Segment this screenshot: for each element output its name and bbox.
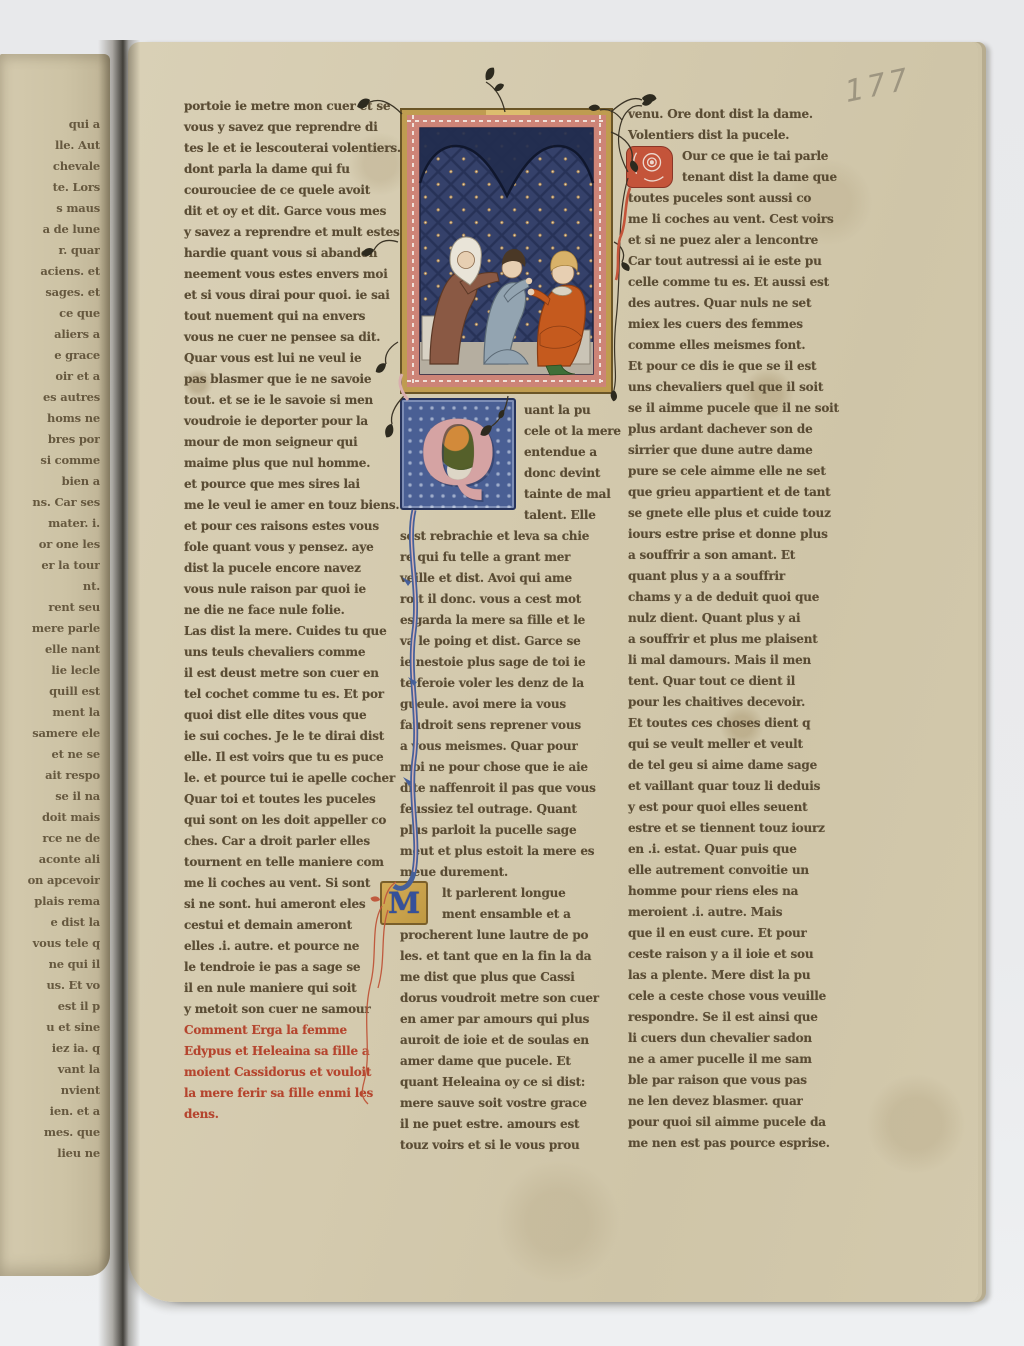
text-line: uns teuls chevaliers comme (184, 642, 406, 663)
text-line: neement vous estes envers moi (184, 264, 406, 285)
text-line: tainte de mal (524, 484, 621, 505)
text-line: dist la pucele encore navez (184, 558, 406, 579)
text-column-right: venu. Ore dont dist la dame.Volentiers d… (628, 104, 918, 1154)
text-line: vous nule raison par quoi ie (184, 579, 406, 600)
text-line: toutes puceles sont aussi co (628, 188, 918, 209)
text-line: talent. Elle (524, 505, 621, 526)
text-line: li cuers dun chevalier sadon (628, 1028, 918, 1049)
lines-after-p: toutes puceles sont aussi come li coches… (628, 188, 918, 1154)
text-line: et si ne puez aler a lencontre (628, 230, 918, 251)
text-line: en .i. estat. Quar puis que (628, 839, 918, 860)
p-filigree (627, 147, 672, 187)
text-line: plus ardant dachever son de (628, 419, 918, 440)
text-line: a vous meismes. Quar pour (400, 736, 636, 757)
text-line: respondre. Se il est ainsi que (628, 1007, 918, 1028)
text-line: et ne se (0, 744, 100, 765)
text-line: me dist que plus que Cassi (400, 967, 636, 988)
text-line: y metoit son cuer ne samour (184, 999, 406, 1020)
text-line: et vaillant quar touz li deduis (628, 776, 918, 797)
text-line: a de lune (0, 219, 100, 240)
text-line: hardie quant vous si abandon (184, 243, 406, 264)
text-line: Las dist la mere. Cuides tu que (184, 621, 406, 642)
text-line: mater. i. (0, 513, 100, 534)
text-line: cestui et demain ameront (184, 915, 406, 936)
lines-after-m: procherent lune lautre de poles. et tant… (400, 925, 636, 1156)
text-line: te. Lors (0, 177, 100, 198)
text-line: roit il donc. vous a cest mot (400, 589, 636, 610)
text-line: pour les chaitives decevoir. (628, 692, 918, 713)
text-line: se il na (0, 786, 100, 807)
rubric-line: Comment Erga la femme (184, 1020, 406, 1041)
text-line: maime plus que nul homme. (184, 453, 406, 474)
text-line: re qui fu telle a grant mer (400, 547, 636, 568)
text-line: meroient .i. autre. Mais (628, 902, 918, 923)
text-line: er la tour (0, 555, 100, 576)
text-line: a souffrir et plus me plaisent (628, 629, 918, 650)
text-line: s maus (0, 198, 100, 219)
facing-page-edge: qui alle. Autchevalete. Lorss mausa de l… (0, 54, 110, 1276)
text-line: homme pour riens eles na (628, 881, 918, 902)
text-line: le tendroie ie pas a sage se (184, 957, 406, 978)
text-line: va le poing et dist. Garce se (400, 631, 636, 652)
text-line: me li coches au vent. Si sont (184, 873, 406, 894)
text-line: feussiez tel outrage. Quant (400, 799, 636, 820)
text-line: ceste raison y a il ioie et sou (628, 944, 918, 965)
text-line: courouciee de ce quele avoit (184, 180, 406, 201)
rubric-line: dens. (184, 1104, 406, 1125)
text-line: quant Heleaina oy ce si dist: (400, 1072, 636, 1093)
text-line: et pource que mes sires lai (184, 474, 406, 495)
text-line: doit mais (0, 807, 100, 828)
text-line: las a plente. Mere dist la pu (628, 965, 918, 986)
m-letter: M (388, 886, 420, 920)
text-line: elle. Il est voirs que tu es puce (184, 747, 406, 768)
text-line: quoi dist elle dites vous que (184, 705, 406, 726)
text-line: touz voirs et si le vous prou (400, 1135, 636, 1156)
text-line: quant plus y a a souffrir (628, 566, 918, 587)
text-line: samere ele (0, 723, 100, 744)
rubric-line: moient Cassidorus et vouloit (184, 1062, 406, 1083)
text-line: me li coches au vent. Cest voirs (628, 209, 918, 230)
text-line: estre et se tiennent touz iourz (628, 818, 918, 839)
text-line: uant la pu (524, 400, 621, 421)
text-line: lt parlerent longue (442, 883, 636, 904)
text-line: nvient (0, 1080, 100, 1101)
text-line: moi ne pour chose que ie aie (400, 757, 636, 778)
text-line: pure se cele aimme elle ne set (628, 461, 918, 482)
illuminated-initial-m: M (380, 881, 428, 925)
text-line: y savez a reprendre et mult estes (184, 222, 406, 243)
q-letter: Q (402, 400, 514, 506)
folio-number: 177 (844, 56, 933, 111)
text-line: le. et pource tui ie apelle cocher (184, 768, 406, 789)
text-line: procherent lune lautre de po (400, 925, 636, 946)
text-line: faudroit sens reprener vous (400, 715, 636, 736)
rubric-line: Edypus et Heleaina sa fille a (184, 1041, 406, 1062)
text-line: lie lecle (0, 660, 100, 681)
text-line: vous tele q (0, 933, 100, 954)
text-line: aciens. et (0, 261, 100, 282)
text-line: celle comme tu es. Et aussi est (628, 272, 918, 293)
text-line: venu. Ore dont dist la dame. (628, 104, 918, 125)
text-line: veille et dist. Avoi qui ame (400, 568, 636, 589)
text-line: entendue a (524, 442, 621, 463)
text-column-middle: Q uant la pucele ot la mereentendue adon… (400, 398, 636, 1156)
text-line: esgarda la mere sa fille et le (400, 610, 636, 631)
text-line: ches. Car a droit parler elles (184, 831, 406, 852)
text-line: en amer par amours qui plus (400, 1009, 636, 1030)
text-line: on apcevoir (0, 870, 100, 891)
lines-beside-p: Our ce que ie tai parletenant dist la da… (682, 146, 918, 188)
text-line: et pour ces raisons estes vous (184, 516, 406, 537)
text-line: sest rebrachie et leva sa chie (400, 526, 636, 547)
illuminated-initial-q: Q (400, 398, 516, 510)
text-line: tout. et se ie le savoie si men (184, 390, 406, 411)
text-line: sages. et (0, 282, 100, 303)
text-line: tenant dist la dame que (682, 167, 918, 188)
text-line: Et pour ce dis ie que se il est (628, 356, 918, 377)
text-line: chevale (0, 156, 100, 177)
text-line: or one les (0, 534, 100, 555)
left-column-lines: portoie ie metre mon cuer et sevous y sa… (184, 96, 406, 1020)
text-line: Our ce que ie tai parle (682, 146, 918, 167)
text-line: Quar vous est lui ne veul ie (184, 348, 406, 369)
text-line: oir et a (0, 366, 100, 387)
text-line: ne die ne face nule folie. (184, 600, 406, 621)
text-line: mere sauve soit vostre grace (400, 1093, 636, 1114)
text-line: plus parloit la pucelle sage (400, 820, 636, 841)
text-line: iours estre prise et donne plus (628, 524, 918, 545)
text-line: il en nule maniere qui soit (184, 978, 406, 999)
text-line: meue durement. (400, 862, 636, 883)
text-line: ce que (0, 303, 100, 324)
text-line: mere parle (0, 618, 100, 639)
text-line: tes le et ie lescouterai volentiers. (184, 138, 406, 159)
text-line: si comme (0, 450, 100, 471)
text-line: aconte ali (0, 849, 100, 870)
text-line: es autres (0, 387, 100, 408)
text-line: est il p (0, 996, 100, 1017)
text-line: uns chevaliers quel que il soit (628, 377, 918, 398)
text-line: plais rema (0, 891, 100, 912)
text-line: mes. que (0, 1122, 100, 1143)
text-line: li mal damours. Mais il men (628, 650, 918, 671)
text-line: elle nant (0, 639, 100, 660)
text-line: qui a (0, 114, 100, 135)
text-line: tent. Quar tout ce dient il (628, 671, 918, 692)
text-line: nt. (0, 576, 100, 597)
text-column-left: portoie ie metre mon cuer et sevous y sa… (184, 96, 406, 1125)
text-line: que il en eust cure. Et pour (628, 923, 918, 944)
text-line: u et sine (0, 1017, 100, 1038)
text-line: ns. Car ses (0, 492, 100, 513)
text-line: de tel geu si aime dame sage (628, 755, 918, 776)
text-line: dite naffenroit il pas que vous (400, 778, 636, 799)
text-line: ne a amer pucelle il me sam (628, 1049, 918, 1070)
lines-after-q: sest rebrachie et leva sa chiere qui fu … (400, 526, 636, 883)
text-line: Quar toi et toutes les puceles (184, 789, 406, 810)
text-line: lieu ne (0, 1143, 100, 1164)
text-line: cele a ceste chose vous veuille (628, 986, 918, 1007)
text-line: bres por (0, 429, 100, 450)
miniature-illustration (400, 108, 613, 394)
text-line: r. quar (0, 240, 100, 261)
text-line: iez ia. q (0, 1038, 100, 1059)
text-line: Car tout autressi ai ie este pu (628, 251, 918, 272)
text-line: des autres. Quar nuls ne set (628, 293, 918, 314)
text-line: ie sui coches. Je le te dirai dist (184, 726, 406, 747)
text-line: les. et tant que en la fin la da (400, 946, 636, 967)
text-line: dit et oy et dit. Garce vous mes (184, 201, 406, 222)
text-line: fole quant vous y pensez. aye (184, 537, 406, 558)
text-line: donc devint (524, 463, 621, 484)
text-line: voudroie ie deporter pour la (184, 411, 406, 432)
text-line: que grieu appartient et de tant (628, 482, 918, 503)
lines-beside-m: lt parlerent longuement ensamble et a (442, 883, 636, 925)
text-line: lle. Aut (0, 135, 100, 156)
text-line: vous ne cuer ne pensee sa dit. (184, 327, 406, 348)
text-line: ien. et a (0, 1101, 100, 1122)
text-line: pas blasmer que ie ne savoie (184, 369, 406, 390)
text-line: rce ne de (0, 828, 100, 849)
text-line: si ne sont. hui ameront eles (184, 894, 406, 915)
text-line: miex les cuers des femmes (628, 314, 918, 335)
text-line: meut et plus estoit la mere es (400, 841, 636, 862)
text-line: elle autrement convoitie un (628, 860, 918, 881)
text-line: me le veul ie amer en touz biens. (184, 495, 406, 516)
text-line: qui sont on les doit appeller co (184, 810, 406, 831)
text-line: gueule. avoi mere ia vous (400, 694, 636, 715)
manuscript-page: 177 portoie ie metre mon cuer et sevous … (128, 42, 978, 1302)
text-line: nulz dient. Quant plus y ai (628, 608, 918, 629)
text-line: e dist la (0, 912, 100, 933)
text-line: tel cochet comme tu es. Et por (184, 684, 406, 705)
text-line: tournent en telle maniere com (184, 852, 406, 873)
text-line: auroit de ioie et de soulas en (400, 1030, 636, 1051)
text-line: vous y savez que reprendre di (184, 117, 406, 138)
text-line: qui se veult meller et veult (628, 734, 918, 755)
text-line: homs ne (0, 408, 100, 429)
text-line: te feroie voler les denz de la (400, 673, 636, 694)
text-line: sirrier que dune autre dame (628, 440, 918, 461)
photo-backdrop: qui alle. Autchevalete. Lorss mausa de l… (0, 0, 1024, 1346)
text-line: il ne puet estre. amours est (400, 1114, 636, 1135)
text-line: dont parla la dame qui fu (184, 159, 406, 180)
text-line: ait respo (0, 765, 100, 786)
text-line: portoie ie metre mon cuer et se (184, 96, 406, 117)
text-line: se il aimme pucele que il ne soit (628, 398, 918, 419)
text-line: ne qui il (0, 954, 100, 975)
facing-page-text-fragments: qui alle. Autchevalete. Lorss mausa de l… (0, 114, 100, 1164)
text-line: aliers a (0, 324, 100, 345)
lines-before-p: venu. Ore dont dist la dame.Volentiers d… (628, 104, 918, 146)
text-line: ne len devez blasmer. quar (628, 1091, 918, 1112)
text-line: cele ot la mere (524, 421, 621, 442)
text-line: ment ensamble et a (442, 904, 636, 925)
text-line: rent seu (0, 597, 100, 618)
text-line: a souffrir a son amant. Et (628, 545, 918, 566)
text-line: quill est (0, 681, 100, 702)
text-line: us. Et vo (0, 975, 100, 996)
text-line: chams y a de deduit quoi que (628, 587, 918, 608)
rubric-line: la mere ferir sa fille enmi les (184, 1083, 406, 1104)
text-line: y est pour quoi elles seuent (628, 797, 918, 818)
text-line: elles .i. autre. et pource ne (184, 936, 406, 957)
rubric-lines: Comment Erga la femmeEdypus et Heleaina … (184, 1020, 406, 1125)
text-line: bien a (0, 471, 100, 492)
text-line: Et toutes ces choses dient q (628, 713, 918, 734)
lines-beside-q: uant la pucele ot la mereentendue adonc … (524, 398, 621, 526)
illuminated-initial-p (626, 146, 673, 188)
text-line: Volentiers dist la pucele. (628, 125, 918, 146)
text-line: pour quoi sil aimme pucele da (628, 1112, 918, 1133)
text-line: ment la (0, 702, 100, 723)
text-line: mour de mon seigneur qui (184, 432, 406, 453)
text-line: et si vous dirai pour quoi. ie sai (184, 285, 406, 306)
text-line: il est deust metre son cuer en (184, 663, 406, 684)
text-line: tout nuement qui na envers (184, 306, 406, 327)
text-line: comme elles meismes font. (628, 335, 918, 356)
text-line: vant la (0, 1059, 100, 1080)
text-line: dorus voudroit metre son cuer (400, 988, 636, 1009)
text-line: se gnete elle plus et cuide touz (628, 503, 918, 524)
text-line: e grace (0, 345, 100, 366)
text-line: me nen est pas pource esprise. (628, 1133, 918, 1154)
text-line: ble par raison que vous pas (628, 1070, 918, 1091)
text-line: amer dame que pucele. Et (400, 1051, 636, 1072)
text-line: ie nestoie plus sage de toi ie (400, 652, 636, 673)
